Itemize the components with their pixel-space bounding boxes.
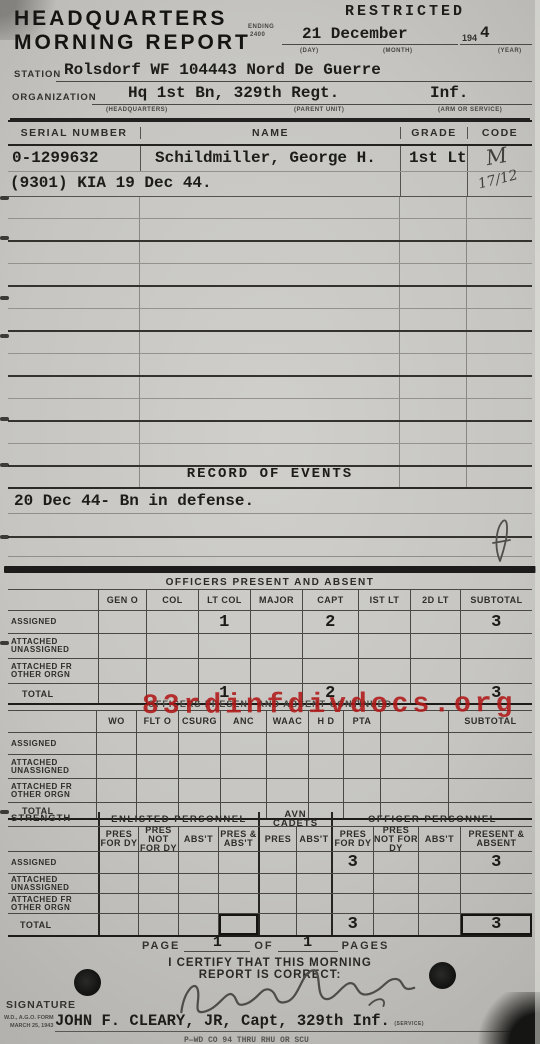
table-cell [460,894,532,913]
ending-time-label: 2400 [250,32,265,38]
table-cell [296,852,331,873]
table-cell [418,914,460,935]
scan-artifact [0,535,9,539]
table-cell [138,874,178,893]
section-divider-band [4,566,536,573]
group-header-enlisted: ENLISTED PERSONNEL [98,812,258,826]
routing-fragment: P—WD CO 94 THRU RHU OR SCU [184,1036,309,1044]
group-header-officer: OFFICER PERSONNEL [331,812,532,826]
table-cell [358,634,410,658]
sub-header: ABS'T [178,827,218,851]
table-cell [380,755,448,778]
day-label: (DAY) [300,48,319,54]
table-cell [258,914,296,935]
table-cell [302,659,358,683]
table-cell [96,733,136,754]
row-label-assigned: ASSIGNED [8,611,98,633]
station-value: Rolsdorf WF 104443 Nord De Guerre [64,61,381,79]
sub-header: PRES NOT FOR DY [138,827,178,851]
table-corner-cell [8,590,98,610]
page-number: 1 [184,934,250,952]
roster-col-serial: SERIAL NUMBER [8,127,140,139]
row-label-attached-fr-other: ATTACHED FR OTHER ORGN [8,779,96,802]
pages-label: PAGES [342,940,390,952]
table-cell [258,874,296,893]
table-cell [373,914,418,935]
page-label: PAGE [142,940,180,952]
blank-row [8,264,532,287]
signature-label: SIGNATURE [6,999,76,1011]
col-header-2d-lt: 2D LT [410,590,460,610]
col-header-capt: CAPT [302,590,358,610]
table-cell [98,874,138,893]
row-label-assigned: ASSIGNED [8,733,96,754]
table-cell [218,852,258,873]
table-cell [146,659,198,683]
table-cell [178,755,220,778]
roster-entry-row: 0-1299632 Schildmiller, George H. 1st Lt… [8,146,532,172]
table-cell [98,894,138,913]
row-label-attached-unassigned: ATTACHED UNASSIGNED [8,755,96,778]
blank-row [8,197,532,219]
table-cell [460,634,532,658]
form-print-line1: W.D., A.G.O. FORM [4,1015,54,1021]
row-label-attached-fr-other: ATTACHED FR OTHER ORGN [8,894,98,913]
table-cell [178,733,220,754]
blank-row [8,242,532,264]
scan-artifact [0,196,9,200]
table-cell [373,874,418,893]
handwritten-code-mark: M [466,143,509,173]
blank-row [8,444,532,467]
table-cell [448,779,532,802]
roster-note-row: (9301) KIA 19 Dec 44. 17/12 [8,172,532,197]
table-cell [296,894,331,913]
record-of-events-entry: 20 Dec 44- Bn in defense. [14,492,254,510]
roster-note-value: (9301) KIA 19 Dec 44. [8,172,400,196]
table-cell [98,611,146,633]
scan-smudge [0,0,70,40]
handwritten-code-mark-2: 17/12 [467,167,520,195]
table-cell [258,894,296,913]
sub-header: PRES [258,827,296,851]
year-label: (YEAR) [498,48,522,54]
table-cell [296,874,331,893]
headquarters-label: (HEADQUARTERS) [106,107,168,113]
table-cell [96,779,136,802]
restricted-stamp: RESTRICTED [345,3,465,20]
organization-service-value: Inf. [430,84,468,102]
scan-edge [535,0,540,1044]
table-cell: 1 [198,611,250,633]
officers-table-title: OFFICERS PRESENT AND ABSENT [8,575,532,589]
table-cell [198,634,250,658]
table-cell [220,755,266,778]
roster-col-code: CODE [467,127,532,139]
roster-note-code-cell: 17/12 [467,172,532,196]
table-cell [308,755,343,778]
table-cell [308,733,343,754]
blank-row [8,332,532,354]
table-cell [218,894,258,913]
table-cell: 3 [331,852,373,873]
table-cell [331,874,373,893]
table-cell [8,827,98,851]
blank-row [8,219,532,242]
scan-artifact [0,417,9,421]
sub-header: PRES NOT FOR DY [373,827,418,851]
officers-table: OFFICERS PRESENT AND ABSENT GEN O COL LT… [8,575,532,705]
punch-hole-right [429,962,456,989]
col-header-gen-o: GEN O [98,590,146,610]
table-cell [418,874,460,893]
col-header-col: COL [146,590,198,610]
table-cell [250,634,302,658]
arm-service-label: (ARM OR SERVICE) [438,107,502,113]
ending-label: ENDING [248,24,274,30]
table-cell [146,611,198,633]
table-cell [266,779,308,802]
table-cell [418,852,460,873]
month-label: (MONTH) [383,48,413,54]
scan-artifact [0,463,9,467]
table-cell [98,659,146,683]
table-cell [380,779,448,802]
table-cell [138,852,178,873]
roster-empty-grade-cell [400,172,467,196]
report-date-value: 21 December [302,25,408,43]
table-cell [358,659,410,683]
table-cell [138,894,178,913]
table-cell [96,755,136,778]
blank-row [8,399,532,422]
strength-corner-label: STRENGTH [8,812,98,826]
sub-header: ABS'T [296,827,331,851]
morning-report-document: RESTRICTED HEADQUARTERS MORNING REPORT E… [0,0,540,1044]
table-corner-cell [8,711,96,732]
roster-serial-value: 0-1299632 [8,146,140,171]
table-cell [380,733,448,754]
sub-header: PRES & ABS'T [218,827,258,851]
table-cell [373,852,418,873]
roster-code-cell: M [467,146,532,171]
table-cell [410,611,460,633]
roster-grade-value: 1st Lt [400,146,467,171]
scan-shadow-corner [470,992,540,1044]
scan-artifact [0,236,9,240]
table-cell [98,914,138,935]
record-of-events-title: RECORD OF EVENTS [0,466,540,482]
table-cell [343,755,380,778]
table-cell [178,874,218,893]
table-cell [178,894,218,913]
table-cell [138,914,178,935]
pagination-line: PAGE 1 OF 1 PAGES [142,934,389,952]
typed-name-line: JOHN F. CLEARY, JR, Capt, 329th Inf. (SE… [55,1012,523,1032]
table-cell [448,733,532,754]
row-label-assigned: ASSIGNED [8,852,98,873]
handwritten-margin-mark [486,516,514,564]
roster-col-name: NAME [140,127,400,139]
table-cell [410,634,460,658]
sub-header: PRESENT & ABSENT [460,827,532,851]
table-cell [343,733,380,754]
col-header-lt-col: LT COL [198,590,250,610]
table-cell [343,779,380,802]
scan-artifact [0,810,9,814]
table-cell [296,914,331,935]
table-cell: 3 [460,852,532,873]
form-print-line2: MARCH 25, 1943 [10,1023,53,1029]
table-cell [250,659,302,683]
table-cell [136,733,178,754]
site-watermark: 83rdinfdivdocs.org [142,689,517,722]
table-cell [410,659,460,683]
punch-hole-left [74,969,101,996]
roster-col-grade: GRADE [400,127,467,139]
total-box-cell: 3 [460,914,532,935]
table-cell [418,894,460,913]
table-cell: 3 [460,611,532,633]
table-cell [302,634,358,658]
table-cell [136,755,178,778]
table-cell [98,634,146,658]
blank-row [8,377,532,399]
col-header-wo: WO [96,711,136,732]
total-box-cell [218,914,258,935]
table-cell [250,611,302,633]
table-cell [258,852,296,873]
table-cell [460,874,532,893]
table-cell: 2 [302,611,358,633]
table-cell [220,779,266,802]
roster-header-row: SERIAL NUMBER NAME GRADE CODE [8,122,532,146]
table-cell [358,611,410,633]
col-header-major: MAJOR [250,590,302,610]
table-cell [146,634,198,658]
table-cell: 3 [331,914,373,935]
table-cell [460,659,532,683]
scan-artifact [0,296,9,300]
table-cell [448,755,532,778]
roster-name-value: Schildmiller, George H. [140,146,400,171]
table-cell [308,779,343,802]
table-cell [220,733,266,754]
table-cell [373,894,418,913]
col-header-1st-lt: IST LT [358,590,410,610]
group-header-avn-cadets: AVN CADETS [258,812,331,826]
blank-row [8,422,532,444]
scan-artifact [0,334,9,338]
strength-table: STRENGTH ENLISTED PERSONNEL AVN CADETS O… [8,812,532,937]
of-label: OF [254,940,273,952]
blank-row [8,287,532,309]
scan-artifact [0,641,9,645]
table-cell [136,779,178,802]
table-cell [98,852,138,873]
blank-row [8,309,532,332]
sub-header: PRES FOR DY [331,827,373,851]
table-cell [218,874,258,893]
sub-header: ABS'T [418,827,460,851]
typed-name-value: JOHN F. CLEARY, JR, Capt, 329th Inf. [55,1012,390,1030]
col-header-subtotal: SUBTOTAL [460,590,532,610]
service-label: (SERVICE) [394,1021,424,1027]
roster-table: SERIAL NUMBER NAME GRADE CODE 0-1299632 … [8,120,532,489]
table-cell [178,852,218,873]
blank-row [8,354,532,377]
row-label-attached-unassigned: ATTACHED UNASSIGNED [8,634,98,658]
organization-label: ORGANIZATION [12,92,97,103]
table-cell [266,755,308,778]
table-cell [178,779,220,802]
parent-unit-label: (PARENT UNIT) [294,107,344,113]
row-label-total: TOTAL [8,914,98,935]
station-label: STATION [14,69,61,80]
table-cell [178,914,218,935]
organization-value: Hq 1st Bn, 329th Regt. [128,84,339,102]
sub-header: PRES FOR DY [98,827,138,851]
row-label-attached-unassigned: ATTACHED UNASSIGNED [8,874,98,893]
table-cell [198,659,250,683]
table-cell [266,733,308,754]
pages-number: 1 [278,934,338,952]
table-cell [331,894,373,913]
row-label-attached-fr-other: ATTACHED FR OTHER ORGN [8,659,98,683]
